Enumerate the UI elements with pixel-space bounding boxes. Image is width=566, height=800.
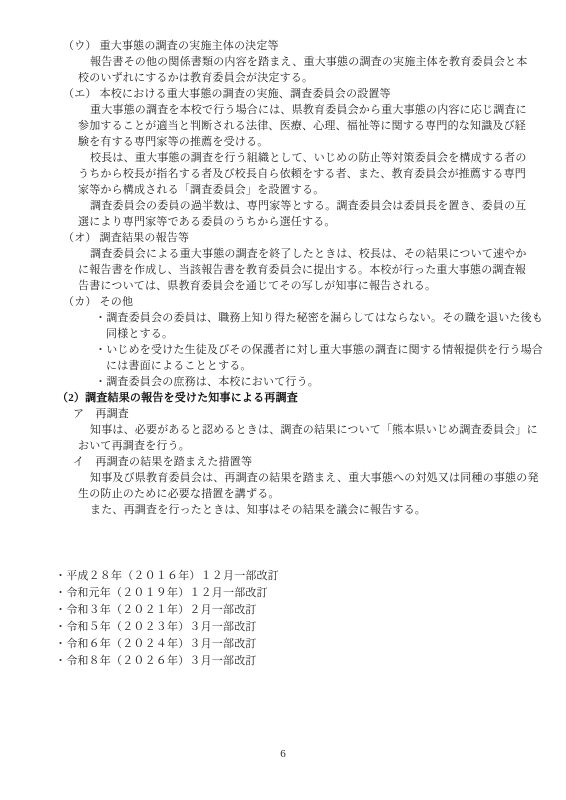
text-line: （カ） その他 — [0, 294, 566, 310]
text-line: には書面によることとする。 — [0, 358, 566, 374]
text-line: 知事及び県教育委員会は、再調査の結果を踏まえ、重大事態への対処又は同種の事態の発 — [0, 470, 566, 486]
text-line: また、再調査を行ったときは、知事はその結果を議会に報告する。 — [0, 502, 566, 518]
text-line: （ウ） 重大事態の調査の実施主体の決定等 — [0, 38, 566, 54]
text-line: 校長は、重大事態の調査を行う組織として、いじめの防止等対策委員会を構成する者の — [0, 150, 566, 166]
text-line: 知事は、必要があると認めるときは、調査の結果について「熊本県いじめ調査委員会」に — [0, 422, 566, 438]
text-line: うちから校長が指名する者及び校長自ら依頼をする者、また、教育委員会が推薦する専門 — [0, 166, 566, 182]
text-line: 報告書その他の関係書類の内容を踏まえ、重大事態の調査の実施主体を教育委員会と本 — [0, 54, 566, 70]
revision-item: ・令和元年（２０１９年）１２月一部改訂 — [0, 585, 566, 602]
text-line: 験を有する専門家等の推薦を受ける。 — [0, 134, 566, 150]
text-line: 告書については、県教育委員会を通じてその写しが知事に報告される。 — [0, 278, 566, 294]
revision-item: ・令和６年（２０２４年）３月一部改訂 — [0, 636, 566, 653]
text-line: おいて再調査を行う。 — [0, 438, 566, 454]
text-line: （オ） 調査結果の報告等 — [0, 230, 566, 246]
section-gap — [0, 518, 566, 568]
text-line: 生の防止のために必要な措置を講ずる。 — [0, 486, 566, 502]
revision-history-list: ・平成２８年（２０１６年）１２月一部改訂・令和元年（２０１９年）１２月一部改訂・… — [0, 568, 566, 670]
text-line: 重大事態の調査を本校で行う場合には、県教育委員会から重大事態の内容に応じ調査に — [0, 102, 566, 118]
page-number: 6 — [280, 748, 286, 760]
text-line: イ 再調査の結果を踏まえた措置等 — [0, 454, 566, 470]
text-line: 調査委員会による重大事態の調査を終了したときは、校長は、その結果について速やか — [0, 246, 566, 262]
text-line: に報告書を作成し、当該報告書を教育委員会に提出する。本校が行った重大事態の調査報 — [0, 262, 566, 278]
text-line: ・調査委員会の委員は、職務上知り得た秘密を漏らしてはならない。その職を退いた後も — [0, 310, 566, 326]
text-line: 選により専門家等である委員のうちから選任する。 — [0, 214, 566, 230]
document-body-text: （ウ） 重大事態の調査の実施主体の決定等報告書その他の関係書類の内容を踏まえ、重… — [0, 38, 566, 518]
text-line: 同様とする。 — [0, 326, 566, 342]
document-page: （ウ） 重大事態の調査の実施主体の決定等報告書その他の関係書類の内容を踏まえ、重… — [0, 0, 566, 800]
revision-item: ・令和８年（２０２６年）３月一部改訂 — [0, 653, 566, 670]
text-line: ・調査委員会の庶務は、本校において行う。 — [0, 374, 566, 390]
text-line: ・いじめを受けた生徒及びその保護者に対し重大事態の調査に関する情報提供を行う場合 — [0, 342, 566, 358]
text-line: 校のいずれにするかは教育委員会が決定する。 — [0, 70, 566, 86]
text-line: 調査委員会の委員の過半数は、専門家等とする。調査委員会は委員長を置き、委員の互 — [0, 198, 566, 214]
text-line: 家等から構成される「調査委員会」を設置する。 — [0, 182, 566, 198]
text-line: （2）調査結果の報告を受けた知事による再調査 — [0, 390, 566, 406]
page-footer: 6 — [0, 748, 566, 760]
text-line: （エ） 本校における重大事態の調査の実施、調査委員会の設置等 — [0, 86, 566, 102]
text-line: 参加することが適当と判断される法律、医療、心理、福祉等に関する専門的な知識及び経 — [0, 118, 566, 134]
text-line: ア 再調査 — [0, 406, 566, 422]
revision-item: ・令和５年（２０２３年）３月一部改訂 — [0, 619, 566, 636]
revision-item: ・平成２８年（２０１６年）１２月一部改訂 — [0, 568, 566, 585]
revision-item: ・令和３年（２０２１年）２月一部改訂 — [0, 602, 566, 619]
